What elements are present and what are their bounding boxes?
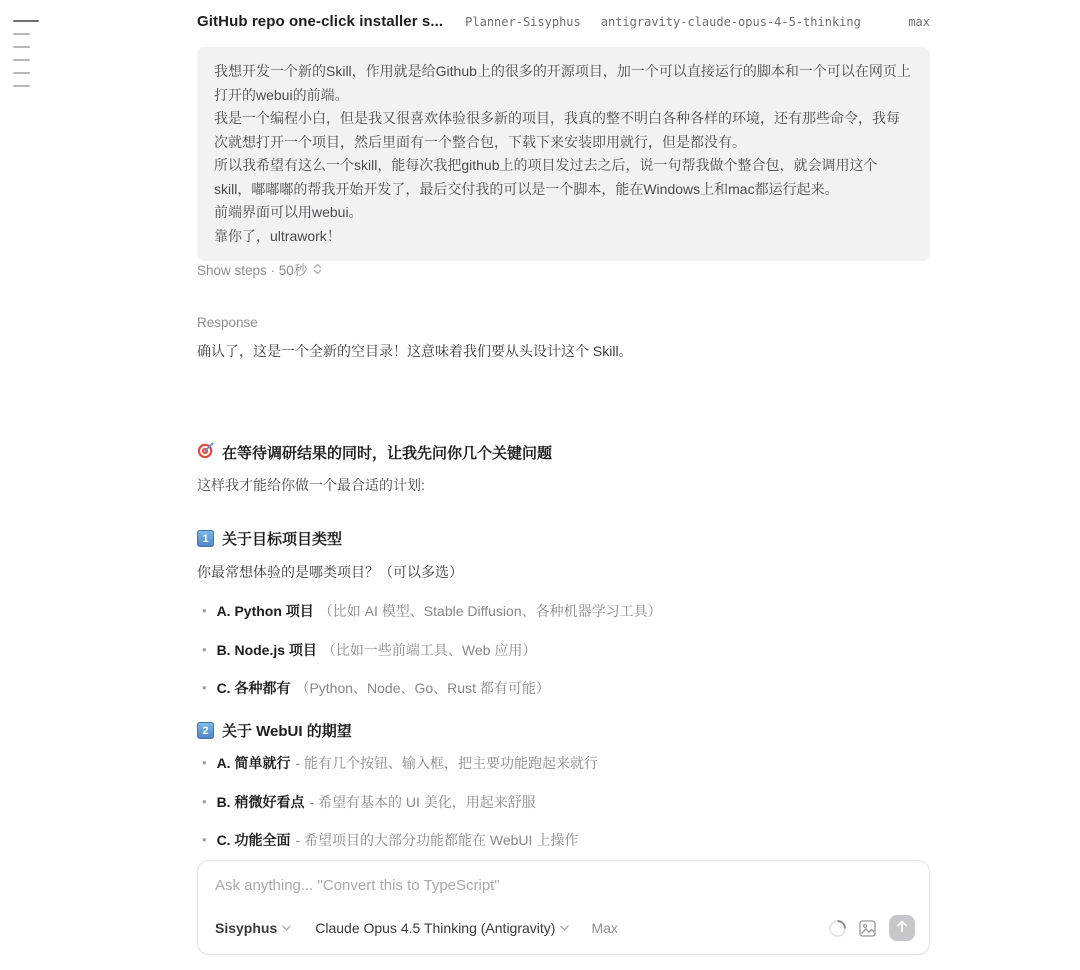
model-picker[interactable]: Claude Opus 4.5 Thinking (Antigravity): [315, 920, 569, 936]
send-button[interactable]: [889, 915, 915, 941]
spinner-icon: [825, 916, 849, 940]
bullet-icon: •: [202, 830, 207, 850]
chevron-updown-icon: [313, 263, 322, 275]
user-message: 我想开发一个新的Skill，作用就是给Github上的很多的开源项目，加一个可以…: [197, 47, 930, 261]
response-label: Response: [197, 315, 258, 330]
bullet-icon: •: [202, 753, 207, 773]
model-badge: antigravity-claude-opus-4-5-thinking: [601, 15, 861, 29]
bullet-icon: •: [202, 640, 207, 660]
question-heading-text: 在等待调研结果的同时，让我先问你几个关键问题: [222, 442, 552, 463]
attach-image-button[interactable]: [859, 920, 876, 937]
option-detail: - 希望有基本的 UI 美化，用起来舒服: [309, 792, 535, 812]
option-label: A. 简单就行: [217, 753, 291, 773]
user-message-line: 我想开发一个新的Skill，作用就是给Github上的很多的开源项目，加一个可以…: [214, 60, 913, 107]
chevron-down-icon: [560, 925, 569, 931]
option-label: A. Python 项目: [217, 601, 314, 621]
rail-item[interactable]: [13, 46, 30, 48]
option-detail: - 希望项目的大部分功能都能在 WebUI 上操作: [295, 830, 578, 850]
option-detail: （比如 AI 模型、Stable Diffusion、各种机器学习工具）: [319, 601, 662, 621]
option-detail: （比如一些前端工具、Web 应用）: [322, 640, 536, 660]
list-item: • A. Python 项目 （比如 AI 模型、Stable Diffusio…: [197, 601, 930, 621]
option-detail: （Python、Node、Go、Rust 都有可能）: [295, 678, 549, 698]
option-label: B. 稍微好看点: [217, 792, 305, 812]
user-message-line: 前端界面可以用webui。: [214, 201, 913, 225]
section-2-title: 关于 WebUI 的期望: [222, 720, 352, 741]
section-1-options: • A. Python 项目 （比如 AI 模型、Stable Diffusio…: [197, 601, 930, 717]
bullet-icon: •: [202, 601, 207, 621]
bullet-icon: •: [202, 792, 207, 812]
user-message-line: 我是一个编程小白，但是我又很喜欢体验很多新的项目，我真的整不明白各种各样的环境，…: [214, 107, 913, 154]
bullet-icon: •: [202, 678, 207, 698]
section-1-heading: 1 关于目标项目类型: [197, 528, 342, 549]
option-label: C. 功能全面: [217, 830, 291, 850]
arrow-up-icon: [896, 920, 908, 936]
user-message-line: 所以我希望有这么一个skill，能每次我把github上的项目发过去之后，说一句…: [214, 154, 913, 201]
keycap-2-icon: 2: [197, 722, 214, 739]
list-item: • A. 简单就行 - 能有几个按钮、输入框，把主要功能跑起来就行: [197, 753, 930, 773]
planner-badge: Planner-Sisyphus: [465, 15, 581, 29]
question-heading: 在等待调研结果的同时，让我先问你几个关键问题: [197, 441, 552, 463]
user-message-line: 靠你了，ultrawork！: [214, 225, 913, 249]
response-text: 确认了，这是一个全新的空目录！这意味着我们要从头设计这个 Skill。: [197, 340, 633, 362]
chevron-down-icon: [282, 925, 291, 931]
section-1-title: 关于目标项目类型: [222, 528, 342, 549]
option-label: B. Node.js 项目: [217, 640, 317, 660]
conversation-header: GitHub repo one-click installer s... Pla…: [197, 13, 930, 30]
list-item: • B. Node.js 项目 （比如一些前端工具、Web 应用）: [197, 640, 930, 660]
agent-picker-label: Sisyphus: [215, 920, 277, 936]
rail-item-active[interactable]: [13, 20, 39, 22]
agent-picker[interactable]: Sisyphus: [215, 920, 291, 936]
list-item: • C. 各种都有 （Python、Node、Go、Rust 都有可能）: [197, 678, 930, 698]
list-item: • C. 功能全面 - 希望项目的大部分功能都能在 WebUI 上操作: [197, 830, 930, 850]
mode-toggle[interactable]: Max: [591, 920, 617, 936]
mode-badge: max: [908, 15, 930, 29]
rail-item[interactable]: [13, 85, 30, 87]
list-item: • B. 稍微好看点 - 希望有基本的 UI 美化，用起来舒服: [197, 792, 930, 812]
section-2-heading: 2 关于 WebUI 的期望: [197, 720, 352, 741]
show-steps-label: Show steps · 50秒: [197, 259, 307, 279]
keycap-1-icon: 1: [197, 530, 214, 547]
rail-item[interactable]: [13, 33, 30, 35]
option-detail: - 能有几个按钮、输入框，把主要功能跑起来就行: [295, 753, 598, 773]
section-2-options: • A. 简单就行 - 能有几个按钮、输入框，把主要功能跑起来就行 • B. 稍…: [197, 753, 930, 869]
composer-input[interactable]: Ask anything... "Convert this to TypeScr…: [215, 877, 912, 894]
model-picker-label: Claude Opus 4.5 Thinking (Antigravity): [315, 920, 555, 936]
section-1-question: 你最常想体验的是哪类项目？（可以多选）: [197, 562, 463, 582]
show-steps-toggle[interactable]: Show steps · 50秒: [197, 259, 322, 279]
question-intro: 这样我才能给你做一个最合适的计划:: [197, 475, 425, 495]
dart-target-icon: [197, 441, 215, 463]
composer: Ask anything... "Convert this to TypeScr…: [197, 860, 930, 955]
conversation-title: GitHub repo one-click installer s...: [197, 13, 443, 30]
conversation-rail[interactable]: [13, 20, 43, 98]
rail-item[interactable]: [13, 59, 30, 61]
option-label: C. 各种都有: [217, 678, 291, 698]
rail-item[interactable]: [13, 72, 30, 74]
